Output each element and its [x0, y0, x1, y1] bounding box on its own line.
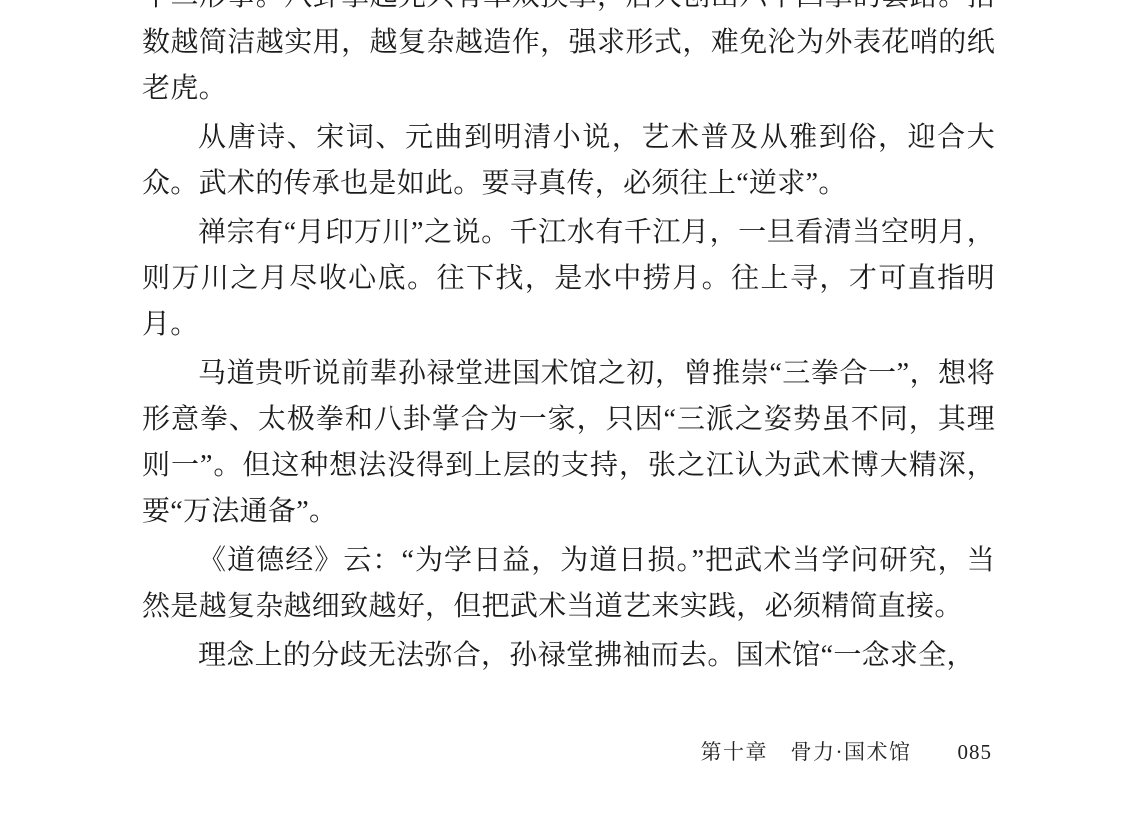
chapter-title: 第十章 骨力·国术馆 — [701, 736, 912, 766]
page-footer: 第十章 骨力·国术馆 085 — [0, 736, 992, 766]
body-paragraph: 从唐诗、宋词、元曲到明清小说，艺术普及从雅到俗，迎合大众。武术的传承也是如此。要… — [142, 115, 995, 207]
body-paragraph: 禅宗有“月印万川”之说。千江水有千江月，一旦看清当空明月，则万川之月尽收心底。往… — [142, 210, 995, 348]
page-number: 085 — [958, 740, 993, 765]
body-paragraph-clipped-top: 十二形拳。八卦掌起先只有单双换掌，后人创出六十四掌的套路。招数越简洁越实用，越复… — [142, 0, 995, 112]
body-paragraph: 马道贵听说前辈孙禄堂进国术馆之初，曾推崇“三拳合一”，想将形意拳、太极拳和八卦掌… — [142, 351, 995, 535]
book-page: 十二形拳。八卦掌起先只有单双换掌，后人创出六十四掌的套路。招数越简洁越实用，越复… — [0, 0, 1136, 826]
body-paragraph: 《道德经》云：“为学日益，为道日损。”把武术当学问研究，当然是越复杂越细致越好，… — [142, 538, 995, 630]
body-text: 十二形拳。八卦掌起先只有单双换掌，后人创出六十四掌的套路。招数越简洁越实用，越复… — [142, 0, 995, 679]
body-paragraph-continues-next-page: 理念上的分歧无法弥合，孙禄堂拂袖而去。国术馆“一念求全， — [142, 633, 995, 679]
